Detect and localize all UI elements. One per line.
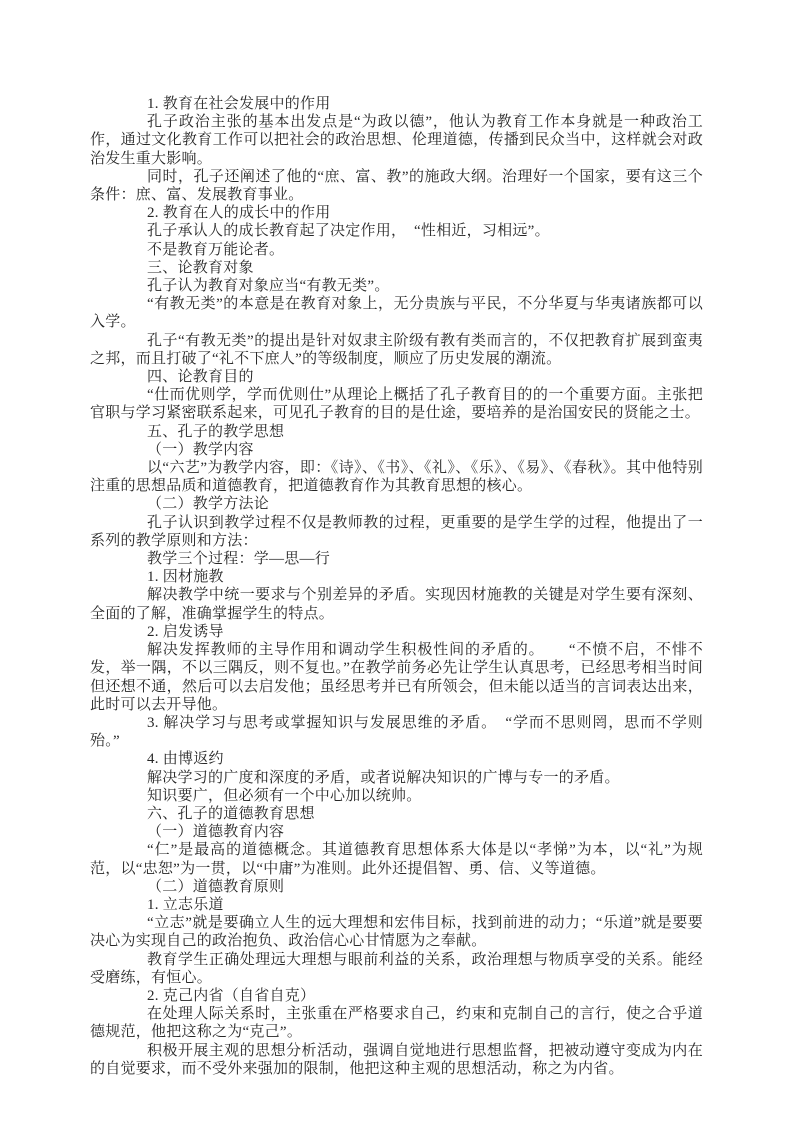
document-text: 1. 教育在社会发展中的作用孔子政治主张的基本出发点是“为政以德”，他认为教育工…: [90, 95, 703, 1078]
paragraph: 孔子承认人的成长教育起了决定作用， “性相近，习相远”。: [90, 222, 703, 240]
paragraph: 孔子政治主张的基本出发点是“为政以德”，他认为教育工作本身就是一种政治工作，通过…: [90, 113, 703, 168]
paragraph: 1. 教育在社会发展中的作用: [90, 95, 703, 113]
paragraph: 教育学生正确处理远大理想与眼前利益的关系，政治理想与物质享受的关系。能经受磨练，…: [90, 951, 703, 987]
paragraph: 1. 立志乐道: [90, 896, 703, 914]
paragraph: 不是教育万能论者。: [90, 241, 703, 259]
paragraph: 教学三个过程：学—思—行: [90, 550, 703, 568]
paragraph: 解决学习的广度和深度的矛盾，或者说解决知识的广博与专一的矛盾。: [90, 769, 703, 787]
paragraph: （二）教学方法论: [90, 495, 703, 513]
paragraph: 4. 由博返约: [90, 750, 703, 768]
paragraph: 2. 克己内省（自省自克）: [90, 987, 703, 1005]
paragraph: 在处理人际关系时，主张重在严格要求自己，约束和克制自己的言行，使之合乎道德规范，…: [90, 1005, 703, 1041]
paragraph: “仁”是最高的道德概念。其道德教育思想体系大体是以“孝悌”为本，以“礼”为规范，…: [90, 841, 703, 877]
paragraph: （二）道德教育原则: [90, 878, 703, 896]
paragraph: 四、论教育目的: [90, 368, 703, 386]
paragraph: （一）教学内容: [90, 441, 703, 459]
paragraph: 五、孔子的教学思想: [90, 423, 703, 441]
paragraph: 知识要广，但必须有一个中心加以统帅。: [90, 787, 703, 805]
paragraph: 2. 教育在人的成长中的作用: [90, 204, 703, 222]
paragraph: 积极开展主观的思想分析活动，强调自觉地进行思想监督，把被动遵守变成为内在的自觉要…: [90, 1042, 703, 1078]
paragraph: “仕而优则学，学而优则仕”从理论上概括了孔子教育目的的一个重要方面。主张把官职与…: [90, 386, 703, 422]
paragraph: 以“六艺”为教学内容，即：《诗》、《书》、《礼》、《乐》、《易》、《春秋》。其中…: [90, 459, 703, 495]
paragraph: 六、孔子的道德教育思想: [90, 805, 703, 823]
paragraph: 2. 启发诱导: [90, 623, 703, 641]
paragraph: 1. 因材施教: [90, 568, 703, 586]
paragraph: 孔子“有教无类”的提出是针对奴隶主阶级有教有类而言的，不仅把教育扩展到蛮夷之邦，…: [90, 332, 703, 368]
paragraph: 孔子认识到教学过程不仅是教师教的过程，更重要的是学生学的过程，他提出了一系列的教…: [90, 514, 703, 550]
paragraph: “有教无类”的本意是在教育对象上，无分贵族与平民，不分华夏与华夷诸族都可以入学。: [90, 295, 703, 331]
paragraph: 3. 解决学习与思考或掌握知识与发展思维的矛盾。 “学而不思则罔，思而不学则殆。…: [90, 714, 703, 750]
paragraph: 解决发挥教师的主导作用和调动学生积极性间的矛盾的。 “不愤不启，不悱不发，举一隅…: [90, 641, 703, 714]
paragraph: 解决教学中统一要求与个别差异的矛盾。实现因材施教的关键是对学生要有深刻、全面的了…: [90, 586, 703, 622]
paragraph: “立志”就是要确立人生的远大理想和宏伟目标，找到前进的动力；“乐道”就是要要决心…: [90, 914, 703, 950]
paragraph: 同时，孔子还阐述了他的“庶、富、教”的施政大纲。治理好一个国家，要有这三个条件：…: [90, 168, 703, 204]
paragraph: 孔子认为教育对象应当“有教无类”。: [90, 277, 703, 295]
document-page: 1. 教育在社会发展中的作用孔子政治主张的基本出发点是“为政以德”，他认为教育工…: [0, 0, 793, 1122]
paragraph: 三、论教育对象: [90, 259, 703, 277]
paragraph: （一）道德教育内容: [90, 823, 703, 841]
